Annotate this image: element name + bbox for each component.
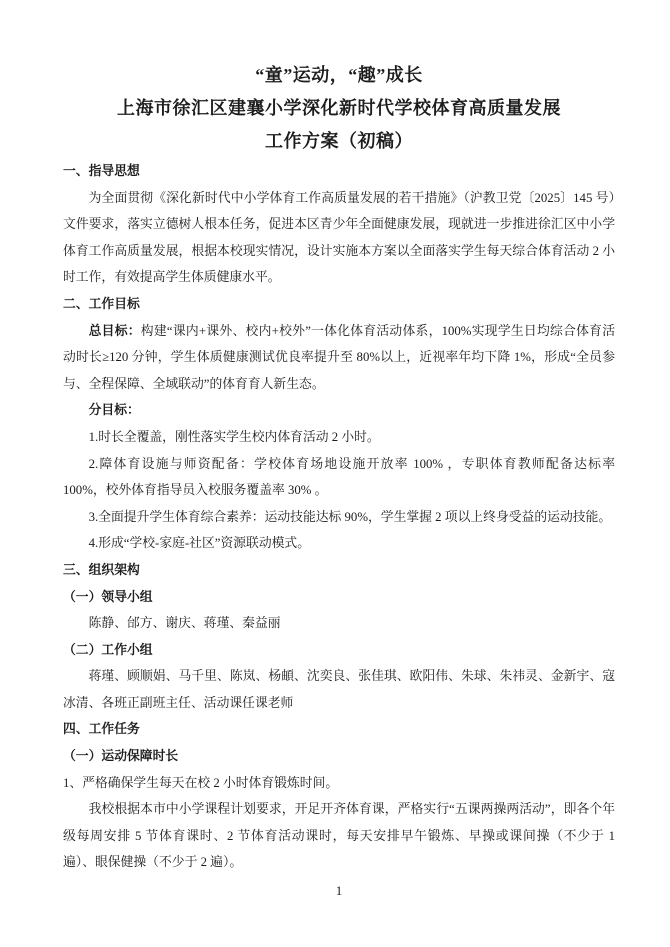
paragraph-guiding-ideology: 为全面贯彻《深化新时代中小学体育工作高质量发展的若干措施》（沪教卫党〔2025〕… <box>63 185 615 291</box>
overall-goal-label: 总目标： <box>89 324 141 338</box>
heading-section-2-work-goals: 二、工作目标 <box>63 291 615 318</box>
paragraph-leading-group-members: 陈静、邰方、谢庆、蒋瑾、秦益丽 <box>63 610 615 637</box>
paragraph-task-1-item-1: 1、严格确保学生每天在校 2 小时体育锻炼时间。 <box>63 770 615 797</box>
sub-goal-3: 3.全面提升学生体育综合素养：运动技能达标 90%，学生掌握 2 项以上终身受益… <box>63 504 615 531</box>
page-number: 1 <box>63 878 615 904</box>
heading-section-1-guiding-ideology: 一、指导思想 <box>63 158 615 185</box>
sub-goal-2: 2.障体育设施与师资配备：学校体育场地设施开放率 100% ，专职体育教师配备达… <box>63 451 615 504</box>
paragraph-overall-goal: 总目标：构建“课内+课外、校内+校外”一体化体育活动体系，100%实现学生日均综… <box>63 318 615 398</box>
heading-leading-group: （一）领导小组 <box>63 584 615 611</box>
document-page: “童”运动，“趣”成长 上海市徐汇区建襄小学深化新时代学校体育高质量发展 工作方… <box>0 0 670 947</box>
heading-working-group: （二）工作小组 <box>63 637 615 664</box>
doc-title: “童”运动，“趣”成长 上海市徐汇区建襄小学深化新时代学校体育高质量发展 工作方… <box>63 59 615 158</box>
heading-section-3-organization: 三、组织架构 <box>63 557 615 584</box>
doc-title-line-1: “童”运动，“趣”成长 <box>63 59 615 92</box>
overall-goal-text: 构建“课内+课外、校内+校外”一体化体育活动体系，100%实现学生日均综合体育活… <box>63 324 615 391</box>
sub-goal-1: 1.时长全覆盖，刚性落实学生校内体育活动 2 小时。 <box>63 424 615 451</box>
sub-goals-label: 分目标： <box>63 397 615 424</box>
paragraph-task-1-detail: 我校根据本市中小学课程计划要求，开足开齐体育课，严格实行“五课两操两活动”，即各… <box>63 796 615 876</box>
heading-section-4-work-tasks: 四、工作任务 <box>63 716 615 743</box>
paragraph-working-group-members: 蒋瑾、顾顺娟、马千里、陈岚、杨頔、沈奕良、张佳琪、欧阳伟、朱球、朱祎灵、金新宇、… <box>63 663 615 716</box>
heading-task-1-exercise-time: （一）运动保障时长 <box>63 743 615 770</box>
doc-title-line-2: 上海市徐汇区建襄小学深化新时代学校体育高质量发展 <box>63 92 615 125</box>
sub-goal-4: 4.形成“学校-家庭-社区”资源联动模式。 <box>63 530 615 557</box>
doc-title-line-3: 工作方案（初稿） <box>63 125 615 158</box>
